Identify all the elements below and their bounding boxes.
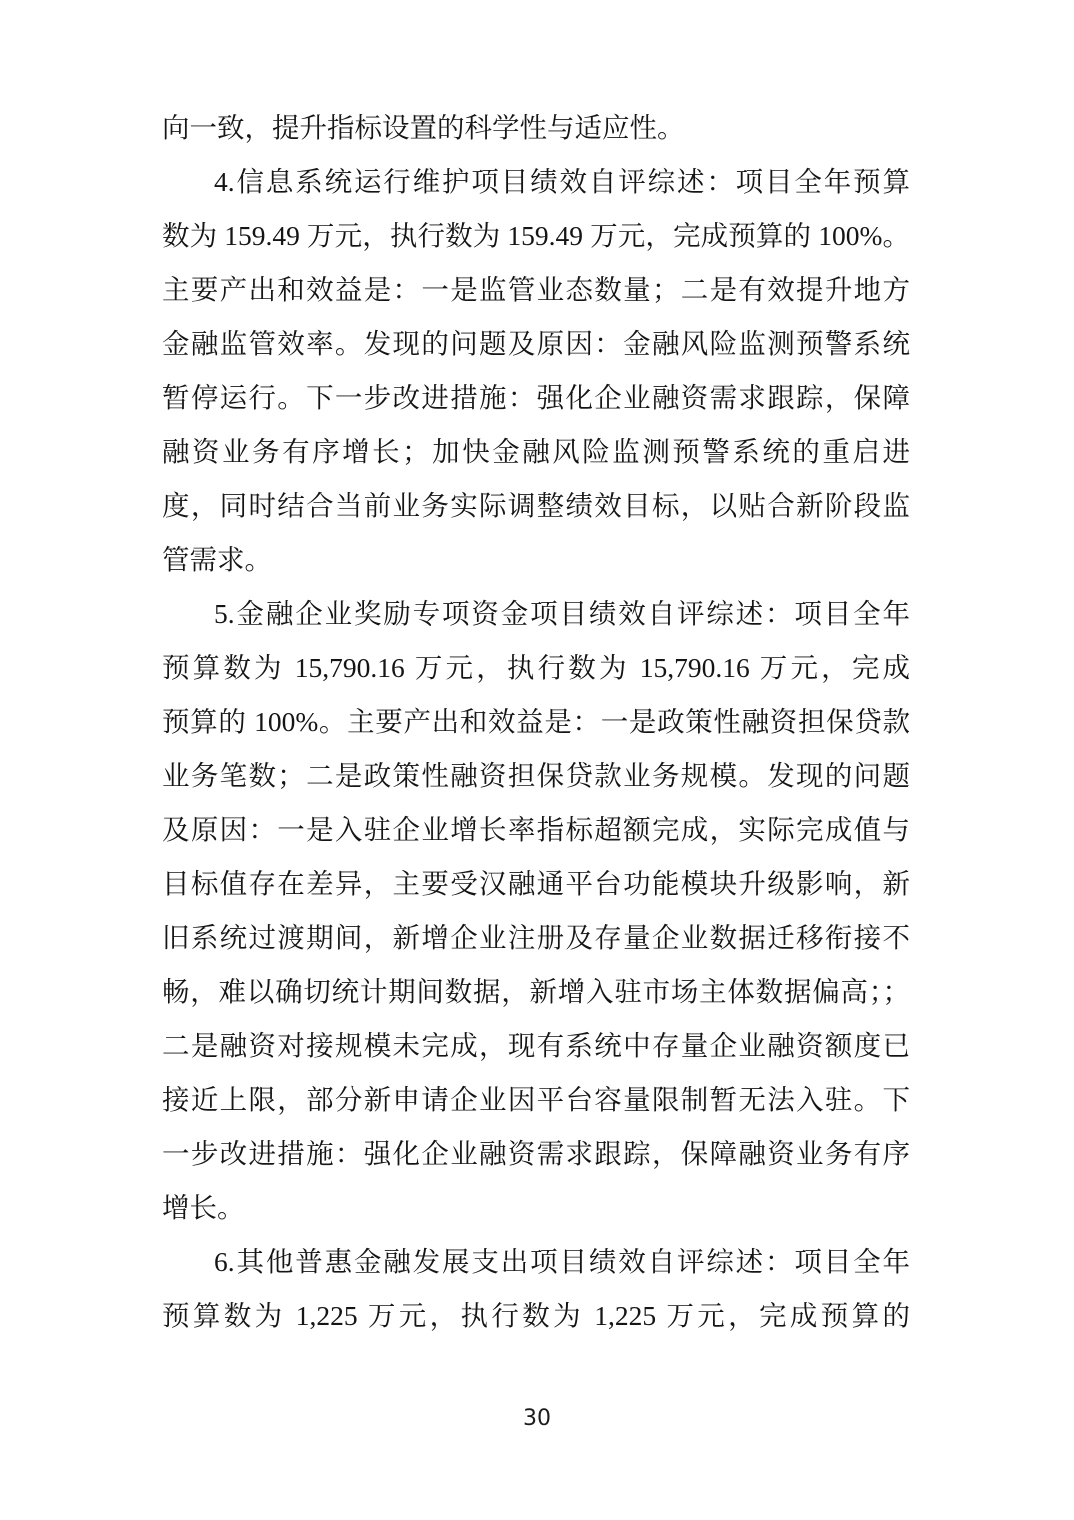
- text-line: 向一致，提升指标设置的科学性与适应性。: [162, 101, 910, 155]
- text-line: 6.其他普惠金融发展支出项目绩效自评综述：项目全年: [162, 1235, 910, 1289]
- text-line: 5.金融企业奖励专项资金项目绩效自评综述：项目全年: [162, 587, 910, 641]
- text-line: 预算数为 1,225 万元，执行数为 1,225 万元，完成预算的: [162, 1289, 910, 1343]
- text-line: 预算的 100%。主要产出和效益是：一是政策性融资担保贷款: [162, 695, 910, 749]
- para-continuation: 向一致，提升指标设置的科学性与适应性。: [162, 101, 910, 155]
- text-line: 融资业务有序增长；加快金融风险监测预警系统的重启进: [162, 425, 910, 479]
- text-line: 暂停运行。下一步改进措施：强化企业融资需求跟踪，保障: [162, 371, 910, 425]
- text-line: 金融监管效率。发现的问题及原因：金融风险监测预警系统: [162, 317, 910, 371]
- text-line: 旧系统过渡期间，新增企业注册及存量企业数据迁移衔接不: [162, 911, 910, 965]
- text-line: 度，同时结合当前业务实际调整绩效目标，以贴合新阶段监: [162, 479, 910, 533]
- text-line: 二是融资对接规模未完成，现有系统中存量企业融资额度已: [162, 1019, 910, 1073]
- text-line: 目标值存在差异，主要受汉融通平台功能模块升级影响，新: [162, 857, 910, 911]
- text-line: 畅，难以确切统计期间数据，新增入驻市场主体数据偏高；；: [162, 965, 910, 1019]
- para-item-6: 6.其他普惠金融发展支出项目绩效自评综述：项目全年预算数为 1,225 万元，执…: [162, 1235, 910, 1343]
- text-line: 及原因：一是入驻企业增长率指标超额完成，实际完成值与: [162, 803, 910, 857]
- text-line: 管需求。: [162, 533, 910, 587]
- para-item-5: 5.金融企业奖励专项资金项目绩效自评综述：项目全年预算数为 15,790.16 …: [162, 587, 910, 1235]
- text-line: 4.信息系统运行维护项目绩效自评综述：项目全年预算: [162, 155, 910, 209]
- text-line: 增长。: [162, 1181, 910, 1235]
- text-line: 预算数为 15,790.16 万元，执行数为 15,790.16 万元，完成: [162, 641, 910, 695]
- para-item-4: 4.信息系统运行维护项目绩效自评综述：项目全年预算数为 159.49 万元，执行…: [162, 155, 910, 587]
- document-page: 向一致，提升指标设置的科学性与适应性。4.信息系统运行维护项目绩效自评综述：项目…: [0, 0, 1074, 1520]
- page-number: 30: [0, 1406, 1074, 1431]
- text-line: 接近上限，部分新申请企业因平台容量限制暂无法入驻。下: [162, 1073, 910, 1127]
- text-line: 一步改进措施：强化企业融资需求跟踪，保障融资业务有序: [162, 1127, 910, 1181]
- text-line: 主要产出和效益是：一是监管业态数量；二是有效提升地方: [162, 263, 910, 317]
- text-line: 数为 159.49 万元，执行数为 159.49 万元，完成预算的 100%。: [162, 209, 910, 263]
- text-line: 业务笔数；二是政策性融资担保贷款业务规模。发现的问题: [162, 749, 910, 803]
- body-text: 向一致，提升指标设置的科学性与适应性。4.信息系统运行维护项目绩效自评综述：项目…: [162, 101, 910, 1343]
